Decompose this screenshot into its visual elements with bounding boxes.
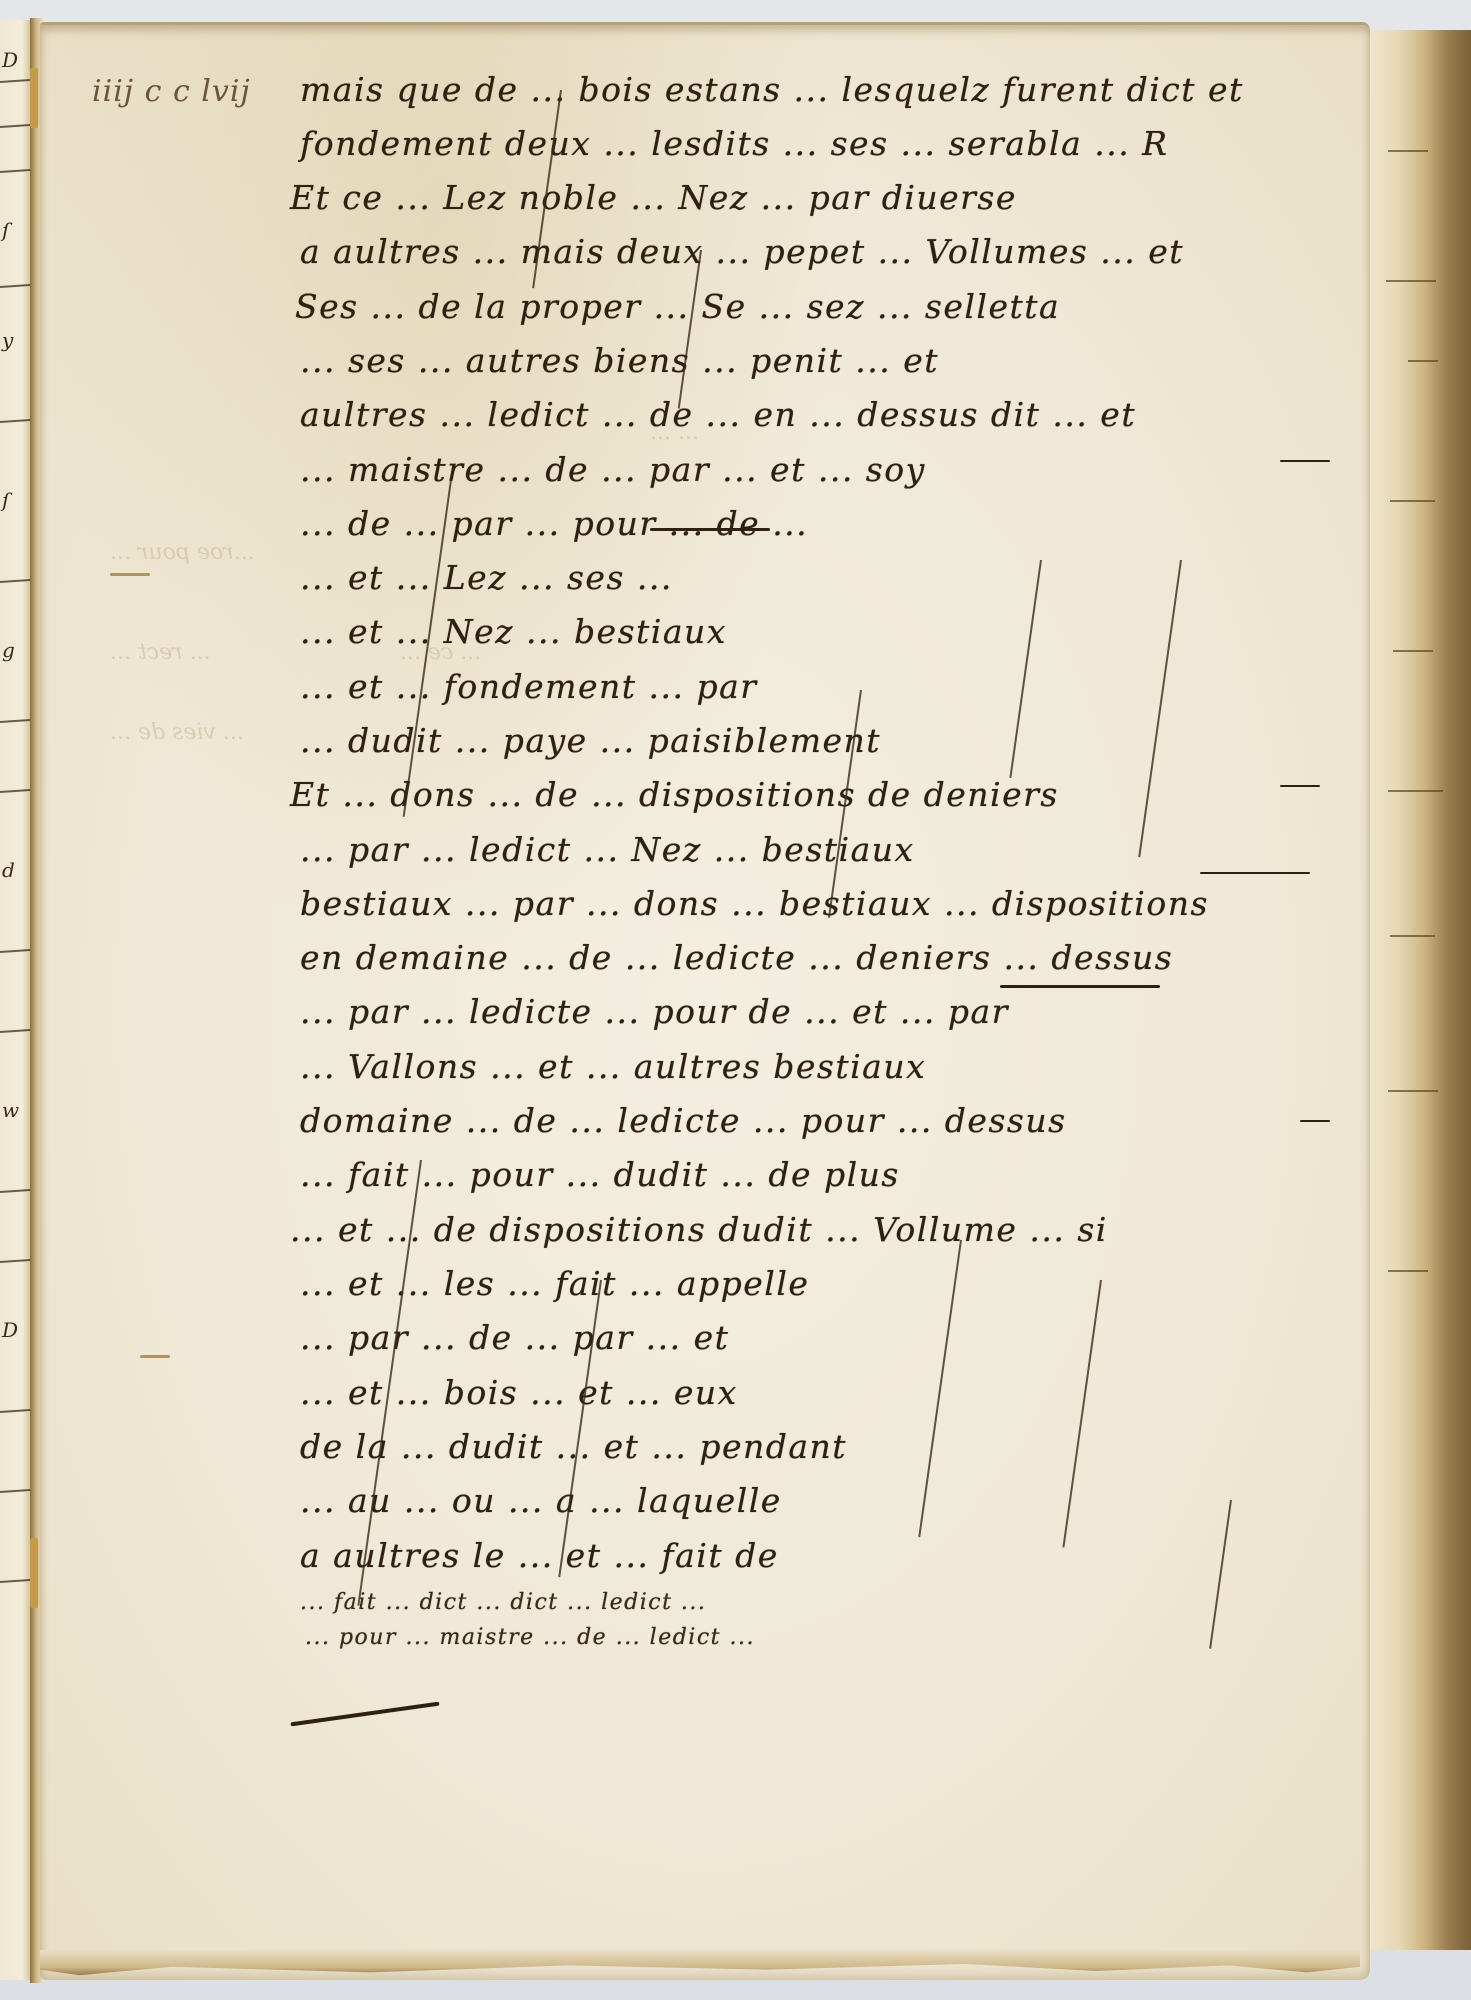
manuscript-line: ... maistre ... de ... par ... et ... so… <box>300 450 1370 489</box>
manuscript-line: ... ses ... autres biens ... penit ... e… <box>300 341 1370 380</box>
line-filler-dash <box>1280 460 1330 462</box>
facing-page-glyph: w <box>2 1100 19 1120</box>
stack-ink-mark <box>1388 1090 1438 1092</box>
facing-page-glyph: D <box>2 1320 18 1340</box>
manuscript-line: aultres ... ledict ... de ... en ... des… <box>300 395 1370 434</box>
facing-page-stroke <box>0 284 30 288</box>
strike-through <box>1000 985 1160 988</box>
stack-ink-mark <box>1390 500 1435 502</box>
facing-page-glyph: g <box>2 640 15 660</box>
facing-page-stroke <box>0 124 30 128</box>
facing-page-stroke <box>0 419 30 423</box>
bleed-through-text: ...roe pour ... <box>110 540 255 565</box>
margin-stain <box>110 573 150 576</box>
facing-page-stroke <box>0 1579 30 1583</box>
stack-ink-mark <box>1393 650 1433 652</box>
manuscript-line: ... fait ... pour ... dudit ... de plus <box>300 1155 1370 1194</box>
binding-thread <box>30 68 38 128</box>
manuscript-line: ... et ... fondement ... par <box>300 667 1370 706</box>
folio-number: iiij c c lvij <box>92 74 251 109</box>
facing-page-stroke <box>0 789 30 793</box>
manuscript-line: bestiaux ... par ... dons ... bestiaux .… <box>300 884 1370 923</box>
manuscript-line: Et ce ... Lez noble ... Nez ... par diue… <box>290 178 1360 217</box>
manuscript-line: ... par ... ledicte ... pour de ... et .… <box>300 992 1370 1031</box>
facing-page-stroke <box>0 79 30 83</box>
bleed-through-text: ... vies de ... <box>110 720 244 745</box>
manuscript-line: ... et ... les ... fait ... appelle <box>300 1264 1370 1303</box>
stack-ink-mark <box>1408 360 1438 362</box>
manuscript-line: ... et ... Nez ... bestiaux <box>300 612 1370 651</box>
stack-ink-mark <box>1390 935 1435 937</box>
bleed-through-text: ... rect ... <box>110 640 211 665</box>
stack-ink-mark <box>1386 280 1436 282</box>
annotation-line: ... fait ... dict ... dict ... ledict ..… <box>300 1590 1370 1615</box>
manuscript-line: a aultres le ... et ... fait de <box>300 1536 1370 1575</box>
stack-ink-mark <box>1388 150 1428 152</box>
page-stack-edge <box>1368 30 1471 1950</box>
facing-page-glyph: ſ <box>2 220 9 240</box>
line-filler-dash <box>1300 1120 1330 1122</box>
manuscript-line: ... et ... de dispositions dudit ... Vol… <box>290 1210 1360 1249</box>
facing-page-stroke <box>0 1189 30 1193</box>
facing-page-glyph: ſ <box>2 490 9 510</box>
facing-page-glyph: y <box>2 330 13 350</box>
line-filler-dash <box>1280 785 1320 787</box>
facing-page-stroke <box>0 1029 30 1033</box>
facing-page-stroke <box>0 949 30 953</box>
manuscript-line: ... de ... par ... pour ... de ... <box>300 504 1370 543</box>
manuscript-line: ... au ... ou ... a ... laquelle <box>300 1481 1370 1520</box>
manuscript-line: ... par ... de ... par ... et <box>300 1318 1370 1357</box>
manuscript-line: domaine ... de ... ledicte ... pour ... … <box>300 1101 1370 1140</box>
strike-through <box>1200 872 1310 874</box>
stack-ink-mark <box>1388 790 1443 792</box>
facing-page-stroke <box>0 169 30 173</box>
facing-page-stroke <box>0 1259 30 1263</box>
manuscript-line: a aultres ... mais deux ... pepet ... Vo… <box>300 232 1370 271</box>
facing-page-glyph: d <box>2 860 15 880</box>
binding-thread <box>30 1538 38 1608</box>
manuscript-line: ... Vallons ... et ... aultres bestiaux <box>300 1047 1370 1086</box>
annotation-line: ... pour ... maistre ... de ... ledict .… <box>305 1625 1375 1650</box>
left-facing-page: D ſ y ſ g d w D <box>0 20 34 1980</box>
facing-page-stroke <box>0 579 30 583</box>
facing-page-stroke <box>0 719 30 723</box>
manuscript-line: mais que de ... bois estans ... lesquelz… <box>300 70 1370 109</box>
manuscript-line: ... et ... bois ... et ... eux <box>300 1373 1370 1412</box>
manuscript-line: fondement deux ... lesdits ... ses ... s… <box>300 124 1370 163</box>
manuscript-line: en demaine ... de ... ledicte ... denier… <box>300 938 1370 977</box>
manuscript-line: Ses ... de la proper ... Se ... sez ... … <box>295 287 1365 326</box>
facing-page-stroke <box>0 1489 30 1493</box>
manuscript-line: Et ... dons ... de ... dispositions de d… <box>290 775 1360 814</box>
stack-ink-mark <box>1388 1270 1428 1272</box>
facing-page-stroke <box>0 1409 30 1413</box>
manuscript-line: de la ... dudit ... et ... pendant <box>300 1427 1370 1466</box>
margin-stain <box>140 1355 170 1358</box>
strike-through <box>650 528 770 531</box>
manuscript-line: ... et ... Lez ... ses ... <box>300 558 1370 597</box>
facing-page-glyph: D <box>2 50 18 70</box>
manuscript-line: ... dudit ... paye ... paisiblement <box>300 721 1370 760</box>
